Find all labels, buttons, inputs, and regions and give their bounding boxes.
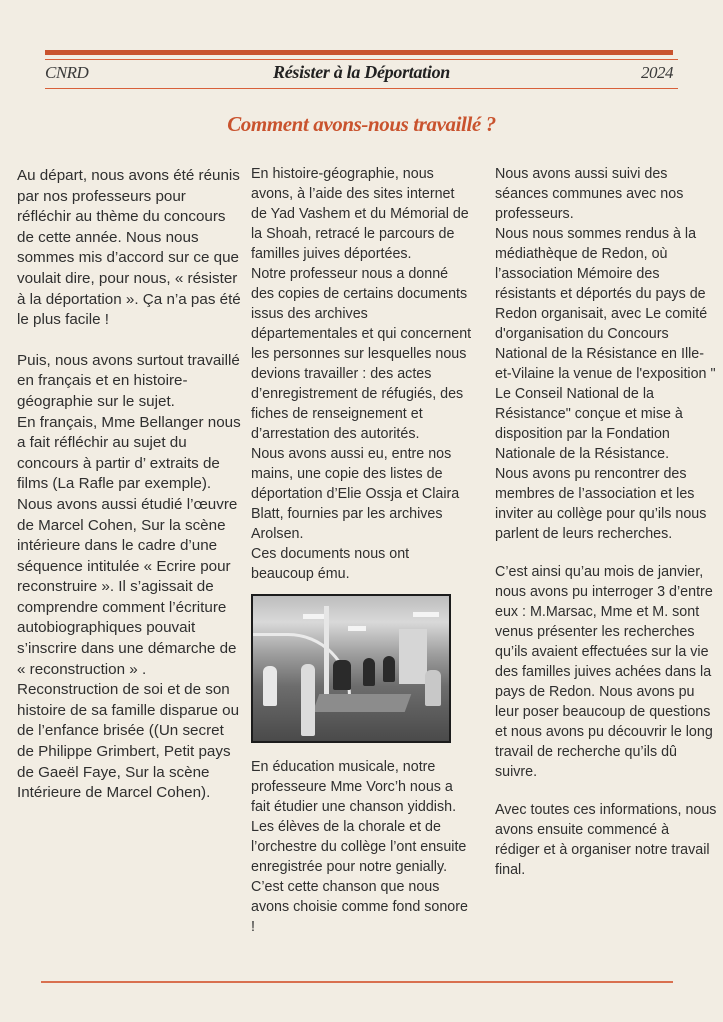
column-1: Au départ, nous avons été réunis par nos…	[17, 166, 241, 804]
col3-paragraph-january: C’est ainsi qu’au mois de janvier, nous …	[495, 562, 717, 782]
col2-paragraph-lists: Nous avons aussi eu, entre nos mains, un…	[251, 444, 473, 544]
col1-paragraph-intro: Au départ, nous avons été réunis par nos…	[17, 166, 241, 331]
column-2: En histoire-géographie, nous avons, à l’…	[251, 164, 473, 937]
header-year: 2024	[641, 63, 673, 83]
header-title: Résister à la Déportation	[0, 62, 723, 83]
header-top-rule	[45, 59, 678, 60]
column-3: Nous avons aussi suivi des séances commu…	[495, 164, 717, 880]
footer-rule	[41, 981, 673, 983]
header-thick-rule	[45, 50, 673, 55]
col3-paragraph-association: Nous avons pu rencontrer des membres de …	[495, 464, 717, 544]
page-title: Comment avons-nous travaillé ?	[0, 112, 723, 137]
col3-paragraph-sessions: Nous avons aussi suivi des séances commu…	[495, 164, 717, 224]
col2-paragraph-emotion: Ces documents nous ont beaucoup ému.	[251, 544, 473, 584]
col1-paragraph-french: En français, Mme Bellanger nous a fait r…	[17, 413, 241, 804]
col1-paragraph-subjects: Puis, nous avons surtout travaillé en fr…	[17, 351, 241, 413]
exhibition-photo	[251, 594, 451, 743]
col3-paragraph-final: Avec toutes ces informations, nous avons…	[495, 800, 717, 880]
col2-paragraph-documents: Notre professeur nous a donné des copies…	[251, 264, 473, 444]
col2-paragraph-music: En éducation musicale, notre professeure…	[251, 757, 473, 937]
header-bottom-rule	[45, 88, 678, 89]
col2-paragraph-history: En histoire-géographie, nous avons, à l’…	[251, 164, 473, 264]
col3-paragraph-mediatheque: Nous nous sommes rendus à la médiathèque…	[495, 224, 717, 464]
